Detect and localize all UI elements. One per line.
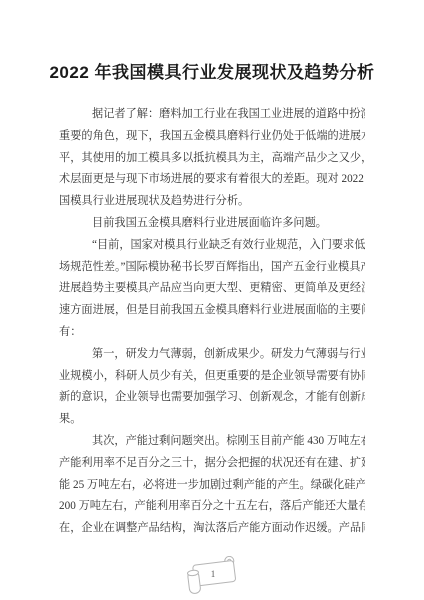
document-title: 2022 年我国模具行业发展现状及趋势分析	[0, 58, 424, 83]
text-line: 能 25 万吨左右，必将进一步加剧过剩产能的产生。绿碳化硅产能	[59, 475, 365, 497]
text-line: 业规模小，科研人员少有关，但更重要的是企业领导需要有协同创	[59, 366, 365, 388]
text-line: 目前我国五金模具磨料行业进展面临许多问题。	[59, 213, 365, 235]
text-line: 据记者了解：磨料加工行业在我国工业进展的道路中扮演者	[59, 104, 365, 126]
text-line: 术层面更是与现下市场进展的要求有着很大的差距。现对 2022 年我	[59, 169, 365, 191]
text-line: 第一，研发力气薄弱，创新成果少。研发力气薄弱与行业企	[59, 344, 365, 366]
text-line: 其次，产能过剩问题突出。棕刚玉目前产能 430 万吨左右，	[59, 431, 365, 453]
text-line: 新的意识，企业领导也需要加强学习、创新观念，才能有创新成	[59, 387, 365, 409]
text-line: 重要的角色，现下，我国五金模具磨料行业仍处于低端的进展水	[59, 126, 365, 148]
text-line: 速方面进展，但是目前我国五金模具磨料行业进展面临的主要问题	[59, 300, 365, 322]
text-line: 200 万吨左右，产能利用率百分之十五左右，落后产能还大量存	[59, 496, 365, 518]
text-line: 有：	[59, 322, 365, 344]
text-line: 果。	[59, 409, 365, 431]
page-number: 1	[211, 569, 216, 579]
text-line: 产能利用率不足百分之三十，据分会把握的状况还有在建、扩建产	[59, 453, 365, 475]
text-line: 在，企业在调整产品结构，淘汰落后产能方面动作迟缓。产品同质	[59, 518, 365, 540]
scroll-banner-icon: 1	[182, 556, 244, 598]
text-line: “目前，国家对模具行业缺乏有效行业规范，入门要求低，市	[59, 235, 365, 257]
document-body: 据记者了解：磨料加工行业在我国工业进展的道路中扮演者重要的角色，现下，我国五金模…	[59, 104, 365, 544]
page-footer: 1	[182, 556, 244, 598]
text-line: 场规范性差。”国际模协秘书长罗百辉指出，国产五金行业模具产业	[59, 257, 365, 279]
text-line: 平，其使用的加工模具多以抵抗模具为主，高端产品少之又少，技	[59, 148, 365, 170]
text-line: 进展趋势主要模具产品应当向更大型、更精密、更简单及更经济快	[59, 278, 365, 300]
text-line: 国模具行业进展现状及趋势进行分析。	[59, 191, 365, 213]
document-page: 2022 年我国模具行业发展现状及趋势分析 据记者了解：磨料加工行业在我国工业进…	[0, 0, 424, 600]
